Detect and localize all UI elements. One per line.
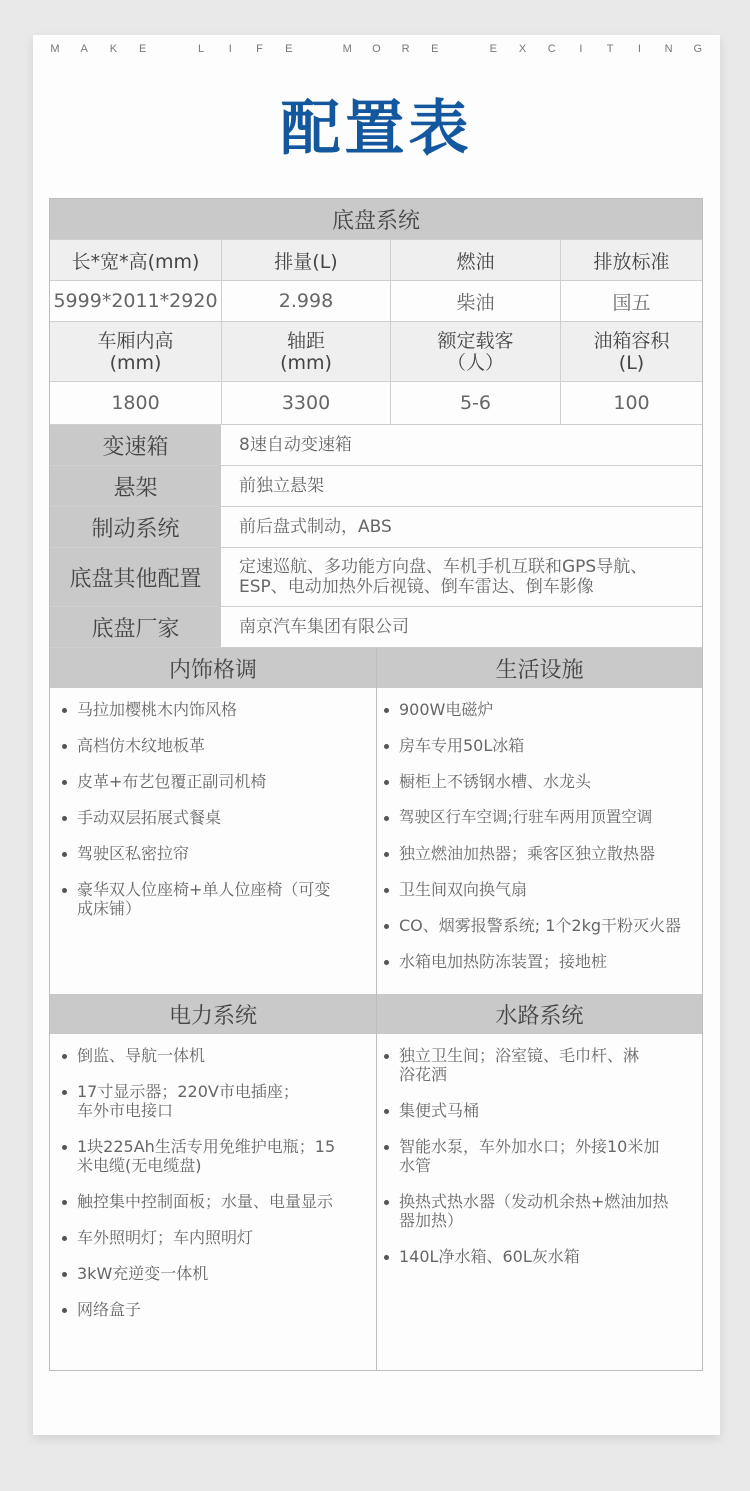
power-list: 倒监、导航一体机 17寸显示器；220V市电插座；车外市电接口 1块225Ah生… — [50, 1034, 376, 1319]
spec-label: 轴距 (mm) — [221, 322, 390, 381]
spec-label-row: 长*宽*高(mm) 排量(L) 燃油 排放标准 — [50, 239, 702, 280]
spec-label-unit: (L) — [619, 352, 644, 374]
kv-row: 底盘其他配置 定速巡航、多功能方向盘、车机手机互联和GPS导航、ESP、电动加热… — [50, 547, 702, 606]
spec-value: 1800 — [50, 382, 221, 424]
spec-value-row: 1800 3300 5-6 100 — [50, 381, 702, 424]
list-item: 皮革+布艺包覆正副司机椅 — [60, 772, 376, 791]
kv-row: 悬架 前独立悬架 — [50, 465, 702, 506]
list-item: 手动双层拓展式餐桌 — [60, 808, 376, 827]
kv-key: 底盘厂家 — [50, 607, 221, 647]
list-item: 换热式热水器（发动机余热+燃油加热器加热） — [382, 1192, 702, 1230]
spec-label-unit: (mm) — [280, 352, 332, 374]
spec-value: 5999*2011*2920 — [50, 281, 221, 321]
list-item: 豪华双人位座椅+单人位座椅（可变成床铺） — [60, 880, 376, 918]
tagline-letter: G — [692, 43, 704, 55]
spec-value: 2.998 — [221, 281, 390, 321]
kv-key: 悬架 — [50, 466, 221, 506]
list-item: 驾驶区私密拉帘 — [60, 844, 376, 863]
water-header: 水路系统 — [377, 994, 702, 1034]
tagline-letter: I — [224, 43, 236, 55]
interior-header: 内饰格调 — [50, 648, 376, 688]
spec-label: 排放标准 — [560, 240, 702, 280]
spec-label-line: 额定载客 — [437, 330, 513, 352]
kv-value: 8速自动变速箱 — [221, 425, 702, 465]
tagline-letter: N — [663, 43, 675, 55]
list-item: 水箱电加热防冻装置；接地桩 — [382, 952, 702, 971]
list-item: 车外照明灯；车内照明灯 — [60, 1228, 376, 1247]
spec-label-unit: (mm) — [110, 352, 162, 374]
spec-label: 油箱容积 (L) — [560, 322, 702, 381]
section-gap — [50, 976, 702, 994]
list-item: 网络盒子 — [60, 1300, 376, 1319]
tagline-space — [312, 43, 324, 55]
spec-value-row: 5999*2011*2920 2.998 柴油 国五 — [50, 280, 702, 321]
spec-value: 国五 — [560, 281, 702, 321]
spec-label-unit: （人） — [447, 352, 504, 374]
list-item: 房车专用50L冰箱 — [382, 736, 702, 755]
kv-row: 底盘厂家 南京汽车集团有限公司 — [50, 606, 702, 647]
tagline-letter: I — [575, 43, 587, 55]
chassis-header: 底盘系统 — [50, 199, 702, 239]
tagline-letter: I — [633, 43, 645, 55]
tagline-space — [458, 43, 470, 55]
gap-left — [50, 976, 376, 994]
tagline-letter: R — [400, 43, 412, 55]
list-item: 900W电磁炉 — [382, 700, 702, 719]
spec-label-line: 轴距 — [287, 330, 325, 352]
list-item: 智能水泵，车外加水口；外接10米加水管 — [382, 1137, 702, 1175]
list-item: 独立卫生间；浴室镜、毛巾杆、淋浴花洒 — [382, 1046, 702, 1084]
water-list: 独立卫生间；浴室镜、毛巾杆、淋浴花洒 集便式马桶 智能水泵，车外加水口；外接10… — [377, 1034, 702, 1266]
list-item: 1块225Ah生活专用免维护电瓶；15米电缆(无电缆盘) — [60, 1137, 376, 1175]
page-title: 配置表 — [33, 91, 720, 167]
config-card: M A K E L I F E M O R E E X C I T I N G … — [33, 35, 720, 1435]
list-item: 驾驶区行车空调;行驻车两用顶置空调 — [382, 808, 702, 827]
tagline-letter: L — [195, 43, 207, 55]
tagline-letter: T — [604, 43, 616, 55]
power-water-section: 电力系统 倒监、导航一体机 17寸显示器；220V市电插座；车外市电接口 1块2… — [50, 994, 702, 1370]
list-item: 卫生间双向换气扇 — [382, 880, 702, 899]
kv-value: 前独立悬架 — [221, 466, 702, 506]
kv-value: 前后盘式制动，ABS — [221, 507, 702, 547]
kv-key: 变速箱 — [50, 425, 221, 465]
kv-key: 制动系统 — [50, 507, 221, 547]
power-header: 电力系统 — [50, 994, 376, 1034]
spec-label: 排量(L) — [221, 240, 390, 280]
list-item: 马拉加樱桃木内饰风格 — [60, 700, 376, 719]
tagline-letter: E — [283, 43, 295, 55]
interior-list: 马拉加樱桃木内饰风格 高档仿木纹地板革 皮革+布艺包覆正副司机椅 手动双层拓展式… — [50, 688, 376, 918]
spec-value: 3300 — [221, 382, 390, 424]
living-column: 生活设施 900W电磁炉 房车专用50L冰箱 橱柜上不锈钢水槽、水龙头 驾驶区行… — [376, 648, 702, 976]
list-item: 倒监、导航一体机 — [60, 1046, 376, 1065]
tagline-letter: O — [370, 43, 382, 55]
list-item: 橱柜上不锈钢水槽、水龙头 — [382, 772, 702, 791]
spec-label-row: 车厢内高 (mm) 轴距 (mm) 额定载客 （人） 油箱容积 (L) — [50, 321, 702, 381]
spec-label: 燃油 — [390, 240, 560, 280]
spec-label-line: 车厢内高 — [97, 330, 173, 352]
tagline-letter: E — [137, 43, 149, 55]
interior-living-section: 内饰格调 马拉加樱桃木内饰风格 高档仿木纹地板革 皮革+布艺包覆正副司机椅 手动… — [50, 647, 702, 976]
tagline-letter: F — [254, 43, 266, 55]
list-item: 140L净水箱、60L灰水箱 — [382, 1247, 702, 1266]
spec-label: 额定载客 （人） — [390, 322, 560, 381]
tagline-letter: C — [546, 43, 558, 55]
living-list: 900W电磁炉 房车专用50L冰箱 橱柜上不锈钢水槽、水龙头 驾驶区行车空调;行… — [377, 688, 702, 971]
tagline-letter: A — [78, 43, 90, 55]
tagline-letter: K — [107, 43, 119, 55]
gap-right — [376, 976, 702, 994]
spec-label: 车厢内高 (mm) — [50, 322, 221, 381]
spec-value: 100 — [560, 382, 702, 424]
spec-value: 柴油 — [390, 281, 560, 321]
power-column: 电力系统 倒监、导航一体机 17寸显示器；220V市电插座；车外市电接口 1块2… — [50, 994, 376, 1370]
tagline: M A K E L I F E M O R E E X C I T I N G — [49, 43, 704, 55]
list-item: CO、烟雾报警系统; 1个2kg干粉灭火器 — [382, 916, 702, 935]
kv-key: 底盘其他配置 — [50, 548, 221, 606]
spec-label: 长*宽*高(mm) — [50, 240, 221, 280]
kv-value: 南京汽车集团有限公司 — [221, 607, 702, 647]
kv-row: 变速箱 8速自动变速箱 — [50, 424, 702, 465]
tagline-letter: E — [487, 43, 499, 55]
list-item: 17寸显示器；220V市电插座；车外市电接口 — [60, 1082, 376, 1120]
water-column: 水路系统 独立卫生间；浴室镜、毛巾杆、淋浴花洒 集便式马桶 智能水泵，车外加水口… — [376, 994, 702, 1370]
config-table: 底盘系统 长*宽*高(mm) 排量(L) 燃油 排放标准 5999*2011*2… — [49, 198, 703, 1371]
list-item: 独立燃油加热器；乘客区独立散热器 — [382, 844, 702, 863]
spec-label-line: 油箱容积 — [593, 330, 669, 352]
kv-value: 定速巡航、多功能方向盘、车机手机互联和GPS导航、ESP、电动加热外后视镜、倒车… — [221, 548, 702, 606]
list-item: 高档仿木纹地板革 — [60, 736, 376, 755]
kv-row: 制动系统 前后盘式制动，ABS — [50, 506, 702, 547]
tagline-letter: X — [517, 43, 529, 55]
tagline-letter: E — [429, 43, 441, 55]
interior-column: 内饰格调 马拉加樱桃木内饰风格 高档仿木纹地板革 皮革+布艺包覆正副司机椅 手动… — [50, 648, 376, 976]
tagline-space — [166, 43, 178, 55]
living-header: 生活设施 — [377, 648, 702, 688]
spec-value: 5-6 — [390, 382, 560, 424]
list-item: 3kW充逆变一体机 — [60, 1264, 376, 1283]
tagline-letter: M — [341, 43, 353, 55]
list-item: 集便式马桶 — [382, 1101, 702, 1120]
list-item: 触控集中控制面板；水量、电量显示 — [60, 1192, 376, 1211]
tagline-letter: M — [49, 43, 61, 55]
